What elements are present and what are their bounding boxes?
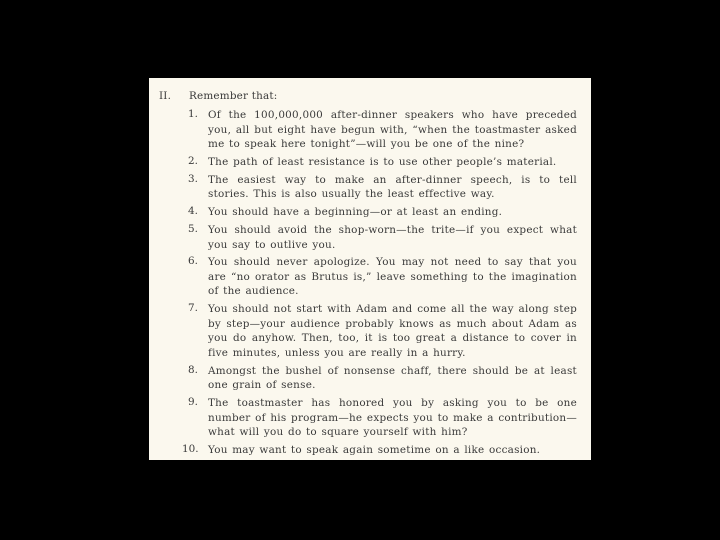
- item-number: 1.: [188, 108, 208, 120]
- item-number: 3.: [188, 173, 208, 185]
- item-number: 6.: [188, 255, 208, 267]
- section-title: Remember that:: [189, 90, 277, 102]
- item-text: You should avoid the shop-worn—the trite…: [208, 223, 577, 252]
- list-item: 3. The easiest way to make an after-dinn…: [182, 173, 577, 202]
- list-item: 5. You should avoid the shop-worn—the tr…: [182, 223, 577, 252]
- item-text: You should never apologize. You may not …: [208, 255, 577, 299]
- section-heading: II. Remember that:: [159, 90, 277, 102]
- item-number: 7.: [188, 302, 208, 314]
- scanned-page: II. Remember that: 1. Of the 100,000,000…: [149, 78, 591, 460]
- item-number: 5.: [188, 223, 208, 235]
- item-text: The easiest way to make an after-dinner …: [208, 173, 577, 202]
- list-item: 2. The path of least resistance is to us…: [182, 155, 577, 170]
- item-number: 4.: [188, 205, 208, 217]
- item-number: 9.: [188, 396, 208, 408]
- item-text: Amongst the bushel of nonsense chaff, th…: [208, 364, 577, 393]
- item-number: 10.: [182, 443, 208, 455]
- list-item: 10. You may want to speak again sometime…: [182, 443, 577, 458]
- item-text: You may want to speak again sometime on …: [208, 443, 577, 458]
- item-number: 2.: [188, 155, 208, 167]
- rules-list: 1. Of the 100,000,000 after-dinner speak…: [182, 108, 577, 461]
- item-text: The path of least resistance is to use o…: [208, 155, 577, 170]
- list-item: 9. The toastmaster has honored you by as…: [182, 396, 577, 440]
- list-item: 8. Amongst the bushel of nonsense chaff,…: [182, 364, 577, 393]
- list-item: 4. You should have a beginning—or at lea…: [182, 205, 577, 220]
- item-number: 8.: [188, 364, 208, 376]
- list-item: 6. You should never apologize. You may n…: [182, 255, 577, 299]
- list-item: 7. You should not start with Adam and co…: [182, 302, 577, 360]
- item-text: You should have a beginning—or at least …: [208, 205, 577, 220]
- item-text: Of the 100,000,000 after-dinner speakers…: [208, 108, 577, 152]
- item-text: The toastmaster has honored you by askin…: [208, 396, 577, 440]
- section-number: II.: [159, 90, 189, 102]
- list-item: 1. Of the 100,000,000 after-dinner speak…: [182, 108, 577, 152]
- item-text: You should not start with Adam and come …: [208, 302, 577, 360]
